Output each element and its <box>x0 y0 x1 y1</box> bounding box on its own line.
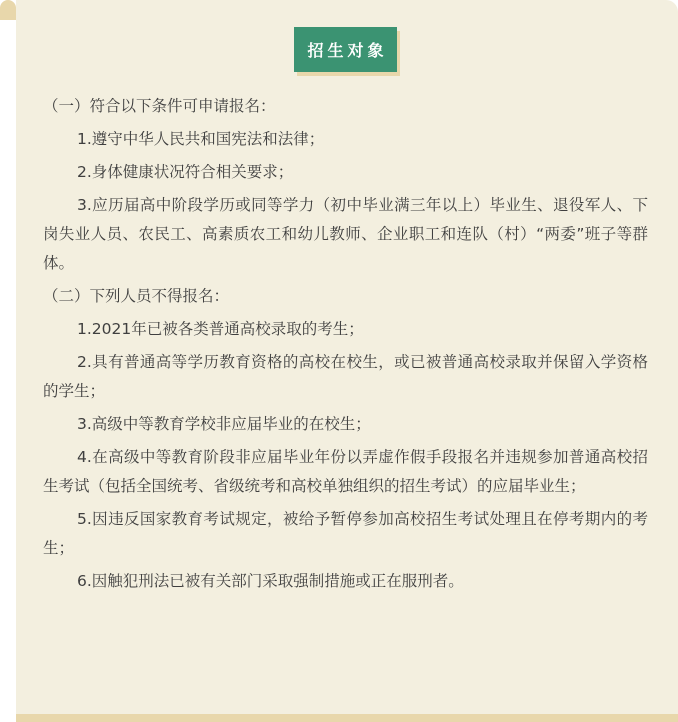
section1-item: 1.遵守中华人民共和国宪法和法律； <box>43 125 648 154</box>
section1-item: 3.应历届高中阶段学历或同等学力（初中毕业满三年以上）毕业生、退役军人、下岗失业… <box>43 191 648 278</box>
decorative-bottom-bar <box>16 714 678 722</box>
section-title-badge: 招生对象 <box>294 27 400 76</box>
section2-item: 4.在高级中等教育阶段非应届毕业年份以弄虚作假手段报名并违规参加普通高校招生考试… <box>43 443 648 501</box>
decorative-tab <box>0 0 16 20</box>
article-body: （一）符合以下条件可申请报名： 1.遵守中华人民共和国宪法和法律； 2.身体健康… <box>43 92 648 600</box>
section1-item: 2.身体健康状况符合相关要求； <box>43 158 648 187</box>
section2-item: 5.因违反国家教育考试规定，被给予暂停参加高校招生考试处理且在停考期内的考生； <box>43 505 648 563</box>
section2-item: 2.具有普通高等学历教育资格的高校在校生，或已被普通高校录取并保留入学资格的学生… <box>43 348 648 406</box>
section2-item: 3.高级中等教育学校非应届毕业的在校生； <box>43 410 648 439</box>
section-title: 招生对象 <box>294 27 397 72</box>
section2-heading: （二）下列人员不得报名： <box>43 282 648 311</box>
section1-heading: （一）符合以下条件可申请报名： <box>43 92 648 121</box>
section2-item: 6.因触犯刑法已被有关部门采取强制措施或正在服刑者。 <box>43 567 648 596</box>
section2-item: 1.2021年已被各类普通高校录取的考生； <box>43 315 648 344</box>
